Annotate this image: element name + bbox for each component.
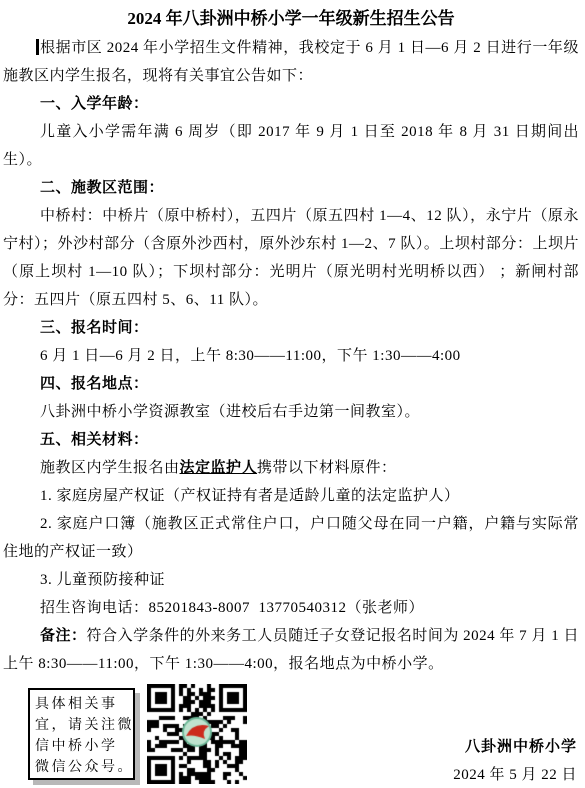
section3-body: 6 月 1 日—6 月 2 日，上午 8:30——11:00，下午 1:30——… [3,342,579,370]
section2-body: 中桥村：中桥片（原中桥村），五四片（原五四村 1—4、12 队），永宁片（原永宁… [3,202,579,314]
section4-body: 八卦洲中桥小学资源教室（进校后右手边第一间教室）。 [3,398,579,426]
section5-intro: 施教区内学生报名由法定监护人携带以下材料原件： [3,454,579,482]
announcement-date: 2024 年 5 月 22 日 [453,763,577,784]
section4-heading: 四、报名地点： [3,370,579,398]
section2-heading: 二、施教区范围： [3,174,579,202]
materials-intro-pre: 施教区内学生报名由 [40,460,180,476]
section1-heading: 一、入学年龄： [3,90,579,118]
legal-guardian-emphasis: 法定监护人 [180,460,258,476]
material-item-2: 2. 家庭户口簿（施教区正式常住户口，户口随父母在同一户籍，户籍与实际常住地的产… [3,510,579,566]
wechat-note-box: 具体相关事 宜，请关注微 信中桥小学 微信公众号。 [28,688,135,780]
material-item-1: 1. 家庭房屋产权证（产权证持有者是适龄儿童的法定监护人） [3,482,579,510]
section3-heading: 三、报名时间： [3,314,579,342]
intro-text: 根据市区 2024 年小学招生文件精神，我校定于 6 月 1 日—6 月 2 日… [3,40,579,84]
wechat-qr-code [147,684,247,784]
wechat-note-line: 微信公众号。 [35,757,131,778]
section1-body: 儿童入小学需年满 6 周岁（即 2017 年 9 月 1 日至 2018 年 8… [3,118,579,174]
text-cursor [36,39,39,55]
phone-line: 招生咨询电话：85201843-8007 13770540312（张老师） [3,594,579,622]
doc-title: 2024 年八卦洲中桥小学一年级新生招生公告 [3,8,579,30]
wechat-note-line: 信中桥小学 [35,736,131,757]
wechat-note-line: 具体相关事 [35,694,131,715]
section5-heading: 五、相关材料： [3,426,579,454]
note-paragraph: 备注：符合入学条件的外来务工人员随迁子女登记报名时间为 2024 年 7 月 1… [3,622,579,678]
footer: 具体相关事 宜，请关注微 信中桥小学 微信公众号。 八卦洲中桥小学 2024 年… [0,683,585,788]
document-body[interactable]: 2024 年八卦洲中桥小学一年级新生招生公告 根据市区 2024 年小学招生文件… [0,0,585,678]
school-signature: 八卦洲中桥小学 [465,735,577,756]
intro-paragraph: 根据市区 2024 年小学招生文件精神，我校定于 6 月 1 日—6 月 2 日… [3,34,579,90]
note-label: 备注： [40,628,87,644]
wechat-note-line: 宜，请关注微 [35,715,131,736]
note-body: 符合入学条件的外来务工人员随迁子女登记报名时间为 2024 年 7 月 1 日上… [3,628,579,672]
material-item-3: 3. 儿童预防接种证 [3,566,579,594]
materials-intro-post: 携带以下材料原件： [257,460,397,476]
